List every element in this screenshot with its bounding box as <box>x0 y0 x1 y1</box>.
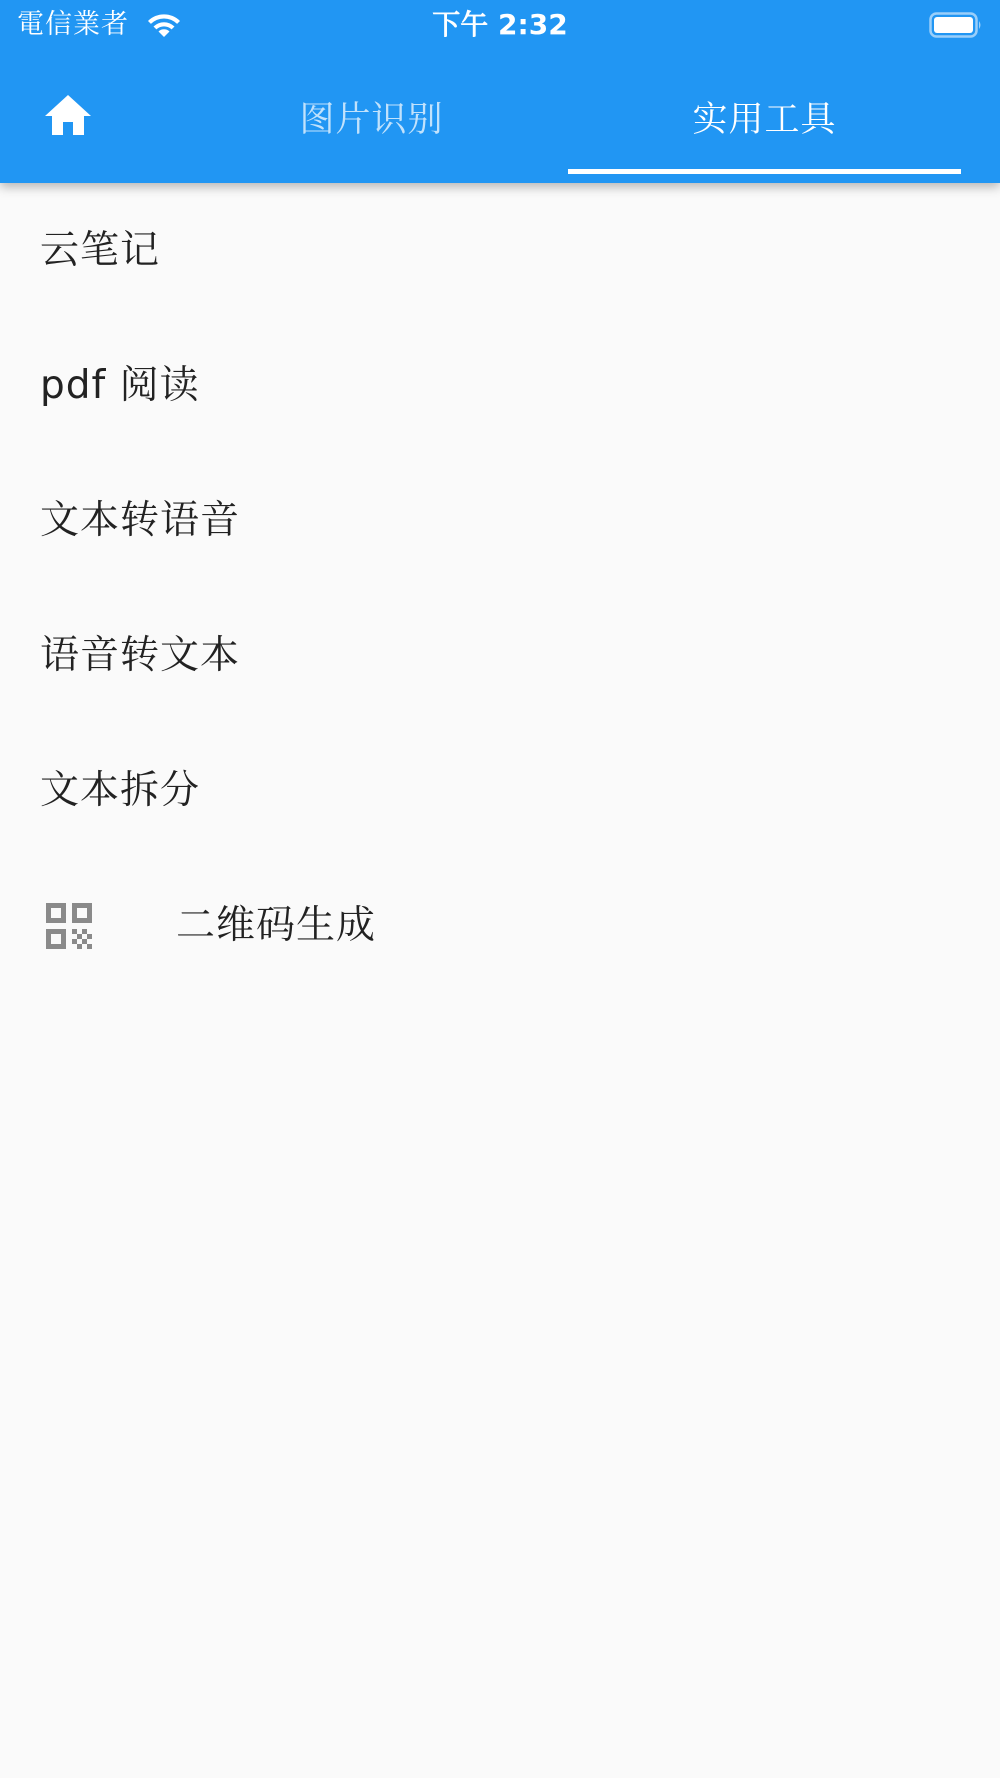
list-item-label: pdf 阅读 <box>40 362 200 410</box>
list-item-label: 云笔记 <box>40 227 160 275</box>
list-item-label: 语音转文本 <box>40 632 240 680</box>
battery-full-icon <box>929 11 983 39</box>
list-item-text-to-speech[interactable]: 文本转语音 <box>0 453 1000 588</box>
status-time: 下午 2:32 <box>0 7 1000 43</box>
app-screen: 電信業者 下午 2:32 <box>0 0 1000 1778</box>
home-button[interactable] <box>0 50 135 183</box>
list-item-label: 二维码生成 <box>176 902 376 950</box>
list-item-cloud-notes[interactable]: 云笔记 <box>0 183 1000 318</box>
list-item-text-split[interactable]: 文本拆分 <box>0 723 1000 858</box>
tab-bar: 图片识别 实用工具 <box>0 50 1000 183</box>
tab-utility-tools[interactable]: 实用工具 <box>568 50 961 183</box>
list-item-label: 文本拆分 <box>40 767 200 815</box>
app-bar: 電信業者 下午 2:32 <box>0 0 1000 183</box>
status-bar: 電信業者 下午 2:32 <box>0 0 1000 50</box>
home-icon <box>43 93 93 141</box>
qr-code-icon <box>46 903 92 949</box>
list-item-qr-generate[interactable]: 二维码生成 <box>0 858 1000 993</box>
list-item-speech-to-text[interactable]: 语音转文本 <box>0 588 1000 723</box>
tools-list: 云笔记 pdf 阅读 文本转语音 语音转文本 文本拆分 <box>0 183 1000 993</box>
list-item-label: 文本转语音 <box>40 497 240 545</box>
tab-selected-indicator <box>568 169 961 174</box>
list-item-pdf-reader[interactable]: pdf 阅读 <box>0 318 1000 453</box>
tab-image-recognition[interactable]: 图片识别 <box>175 50 568 183</box>
